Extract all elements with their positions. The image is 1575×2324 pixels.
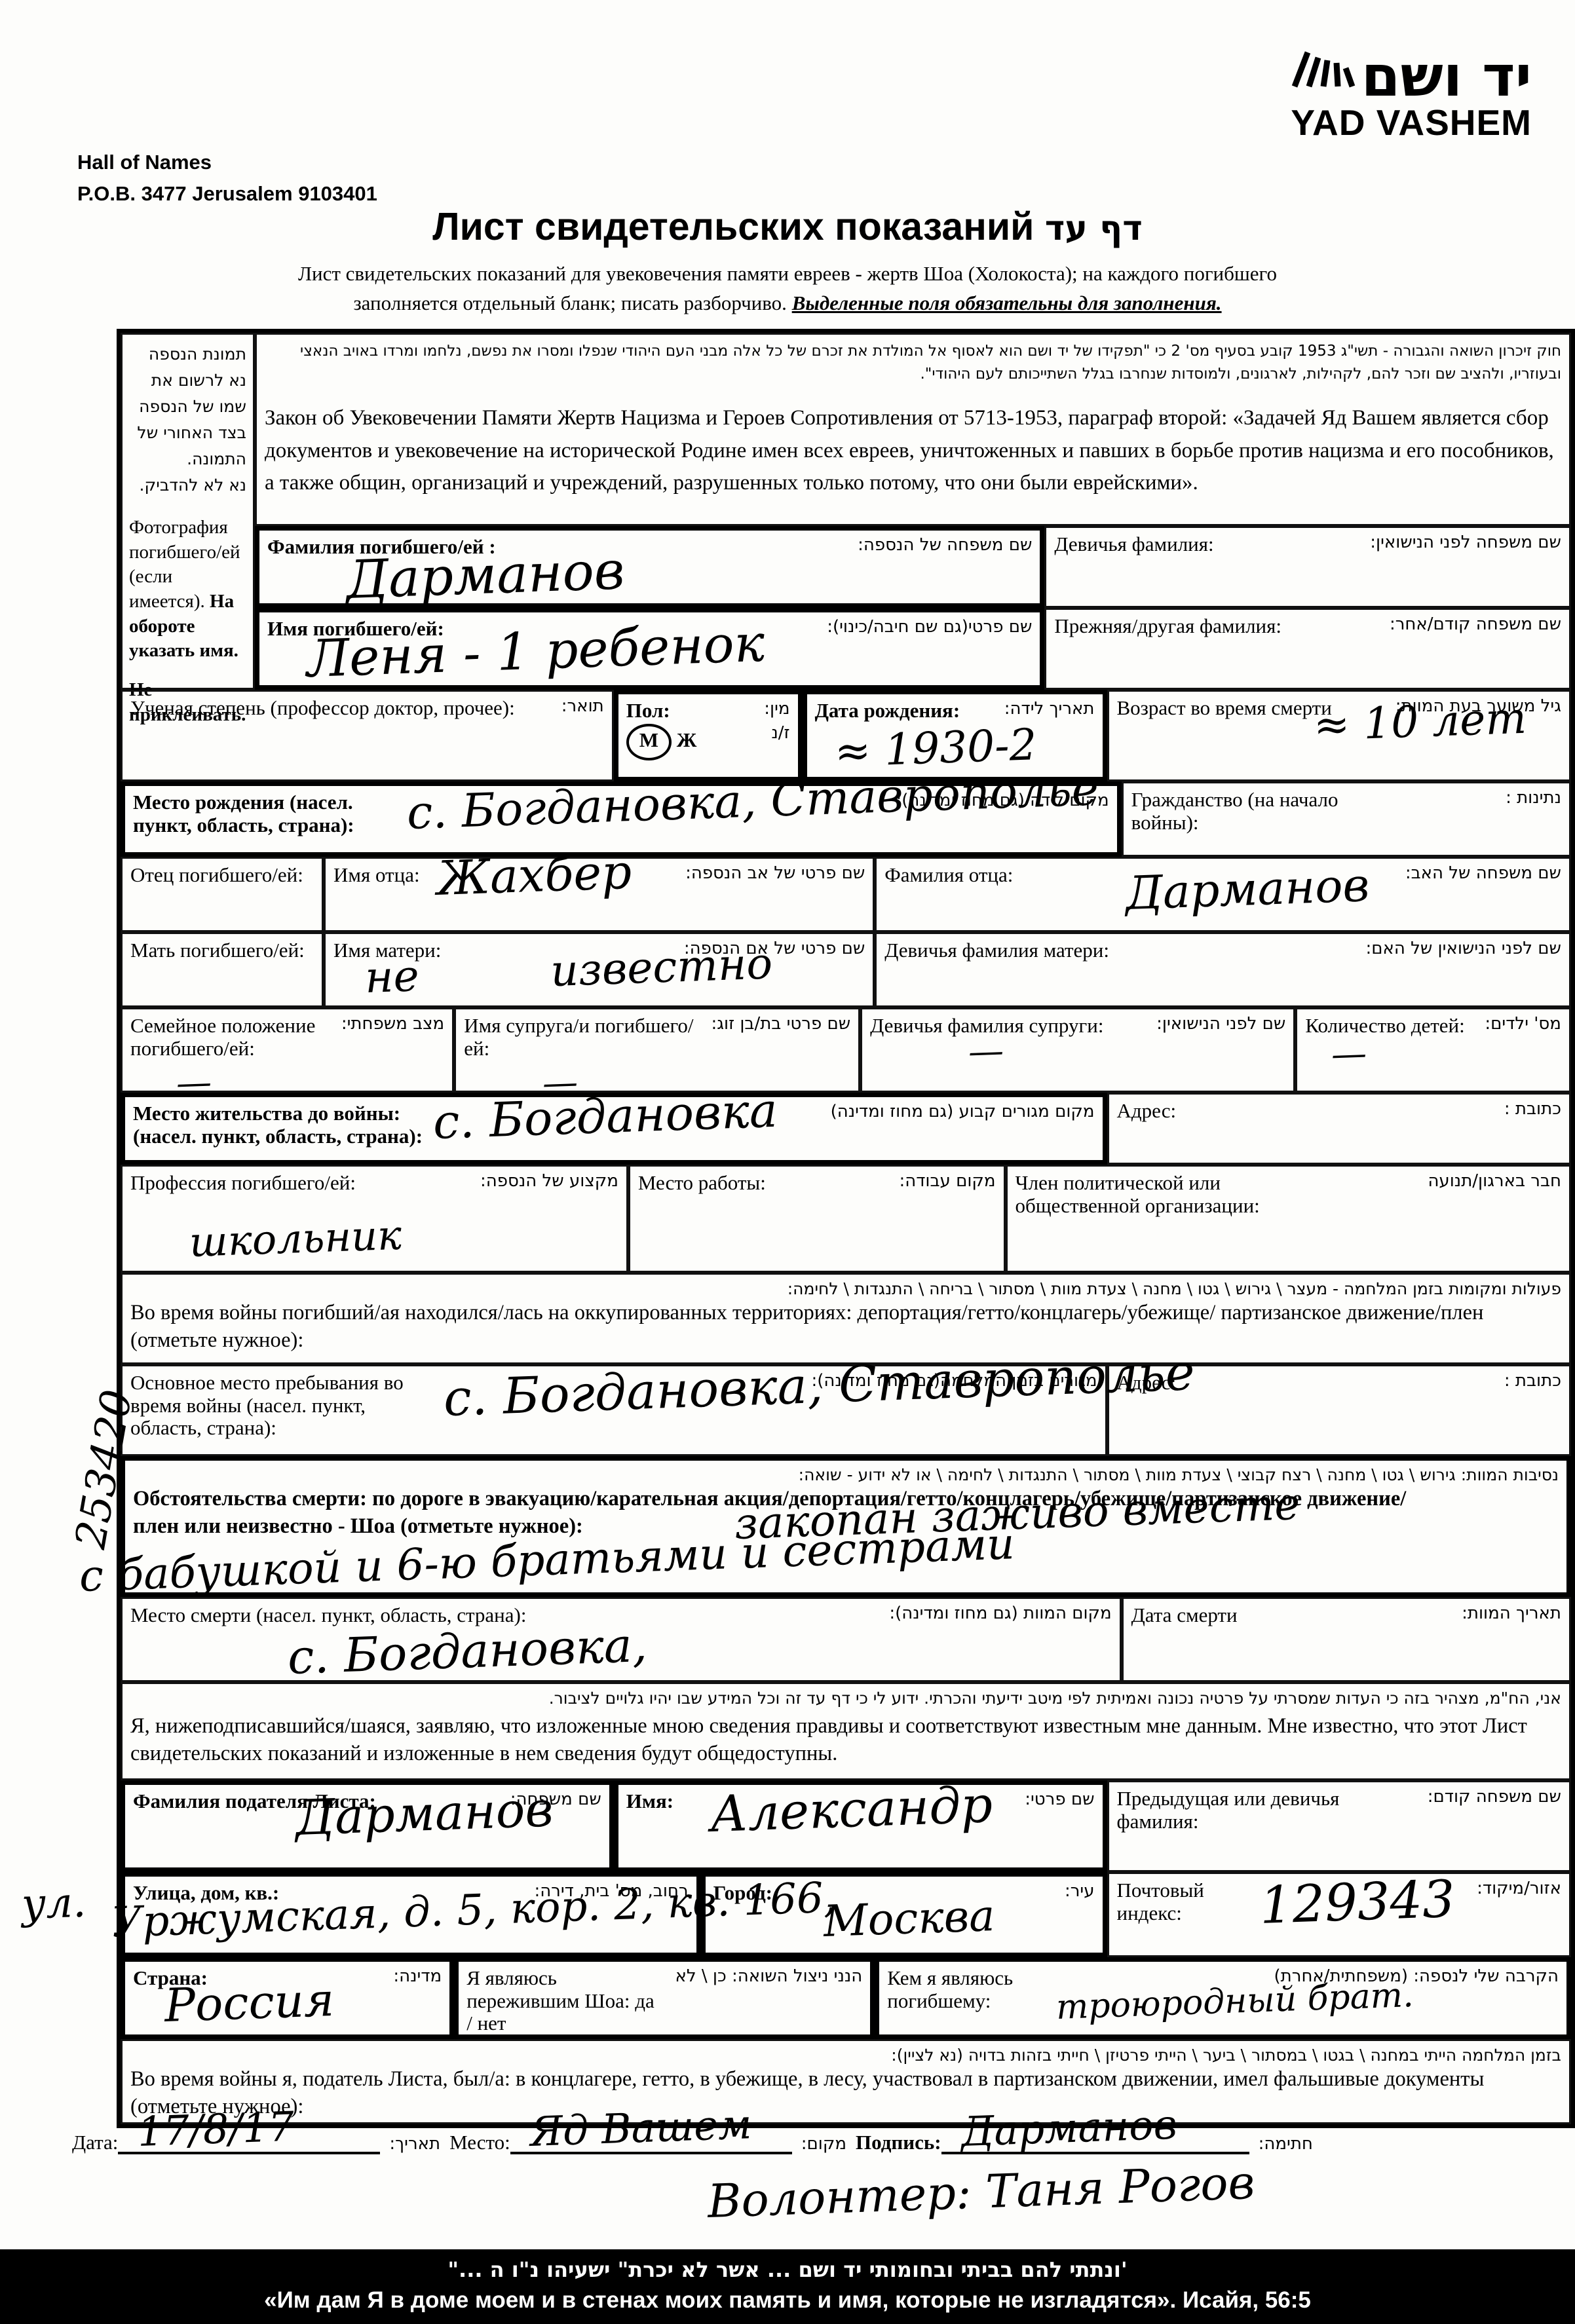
field-residence: Место жительства до войны: (насел. пункт… xyxy=(121,1093,1107,1165)
field-postal-code: Почтовый индекс: אזור/מיקוד: 129343 xyxy=(1107,1872,1571,1957)
field-submitter-first-name: Имя: שם פרטי: Александр xyxy=(614,1780,1107,1872)
place-label: Место: xyxy=(449,2131,510,2154)
field-workplace: Место работы: מקום עבודה: xyxy=(628,1165,1006,1273)
page-title-hebrew: דף עד xyxy=(1045,209,1143,248)
field-country: Страна: מדינה: Россия xyxy=(121,1957,454,2039)
field-victim-other-surname: Прежняя/другая фамилия: שם משפחה קודם/אח… xyxy=(1044,608,1571,690)
logo-latin: YAD VASHEM xyxy=(1289,105,1532,141)
page-title: Лист свидетельских показаний דף עד xyxy=(0,204,1575,249)
field-wartime-place: 253420 Основное место пребывания во врем… xyxy=(121,1364,1107,1456)
gender-male-circled: М xyxy=(626,724,672,761)
volunteer-note: Волонтер: Таня Рогов xyxy=(707,2156,1256,2228)
field-degree: Ученая степень (профессор доктор, прочее… xyxy=(121,690,614,781)
country-value: Россия xyxy=(164,1973,335,2033)
field-mother-maiden: Девичья фамилия матери: שם לפני הנישואין… xyxy=(875,932,1571,1007)
field-father-name: Имя отца: שם פרטי של אב הנספה: Жахбер xyxy=(324,857,875,932)
father-name-value: Жахбер xyxy=(436,844,632,906)
field-profession: Профессия погибшего/ей: מקצוע של הנספה: … xyxy=(121,1165,628,1273)
date-label: Дата: xyxy=(72,2131,118,2154)
place-value: Яд Вашем xyxy=(529,2100,753,2156)
logo-hebrew: יד ושם xyxy=(1361,44,1532,109)
father-surname-value: Дарманов xyxy=(1125,858,1371,920)
field-children-count: Количество детей: מס' ילדים: — xyxy=(1295,1007,1571,1093)
field-victim-surname: Фамилия погибшего/ей : שם משפחה של הנספה… xyxy=(255,526,1044,608)
testimony-form: תמונת הנספה נא לרשום את שמו של הנספה בצד… xyxy=(117,329,1575,2128)
field-citizenship: Гражданство (на начало войны): נתינות : xyxy=(1122,781,1571,857)
scripture-russian: «Им дам Я в доме моем и в стенах моих па… xyxy=(0,2287,1575,2314)
field-mother: Мать погибшего/ей: xyxy=(121,932,324,1007)
signature-line: Дарманов xyxy=(941,2126,1249,2154)
field-organization: Член политической или общественной орган… xyxy=(1006,1165,1571,1273)
scripture-banner: "... ונתתי להם בביתי ובחומותי יד ושם ...… xyxy=(0,2249,1575,2324)
field-marital-status: Семейное положение погибшего/ей: מצב משפ… xyxy=(121,1007,454,1093)
field-death-age: Возраст во время смерти גיל משוער בעת המ… xyxy=(1107,690,1571,781)
photo-instructions-box: תמונת הנספה נא לרשום את שמו של הנספה בצד… xyxy=(121,333,255,690)
field-spouse-maiden: Девичья фамилия супруги: שם לפני הנישואי… xyxy=(860,1007,1295,1093)
date-value: 17/8/17 xyxy=(137,2103,295,2156)
place-line: Яд Вашем xyxy=(510,2126,792,2154)
signature-label: Подпись: xyxy=(856,2131,941,2154)
law-text-hebrew: חוק זיכרון השואה והגבורה - תשי"ג 1953 קו… xyxy=(265,340,1561,385)
field-relation-to-victim: Кем я являюсь погибшему: הקרבה שלי לנספה… xyxy=(875,1957,1571,2039)
field-father: Отец погибшего/ей: xyxy=(121,857,324,932)
field-submitter-surname: Фамилия подателя Листа: שם משפחה: Дарман… xyxy=(121,1780,614,1872)
signature-value: Дарманов xyxy=(960,2101,1177,2156)
signing-row: Дата: 17/8/17 תאריך: Место: Яд Вашем מקו… xyxy=(72,2126,1533,2154)
death-age-value: ≈ 10 лет xyxy=(1312,692,1562,751)
yad-vashem-logo: יד ושם YAD VASHEM xyxy=(1289,48,1532,141)
field-father-surname: Фамилия отца: שם משפחה של האב: Дарманов xyxy=(875,857,1571,932)
field-death-date: Дата смерти תאריך המוות: xyxy=(1122,1597,1571,1682)
street-margin-prefix: ул. xyxy=(21,1879,87,1929)
field-victim-maiden-name: Девичья фамилия: שם משפחה לפני הנישואין: xyxy=(1044,526,1571,608)
field-survivor-status: Я являюсь пережившим Шоа: да / нет הנני … xyxy=(454,1957,875,2039)
field-death-place: Место смерти (насел. пункт, область, стр… xyxy=(121,1597,1122,1682)
field-submitter-previous-surname: Предыдущая или девичья фамилия: שם משפחה… xyxy=(1107,1780,1571,1872)
city-value: Москва xyxy=(822,1890,995,1947)
page-of-testimony: Hall of Names P.O.B. 3477 Jerusalem 9103… xyxy=(0,0,1575,2324)
law-text-box: חוק זיכרון השואה והגבורה - תשי"ג 1953 קו… xyxy=(255,333,1571,526)
children-count-value: — xyxy=(1331,1026,1562,1075)
field-spouse-name: Имя супруга/и погибшего/ей: שם פרטי בת/ב… xyxy=(454,1007,860,1093)
field-death-circumstances: נסיבות המוות: גירוש \ גטו \ מחנה \ רצח ק… xyxy=(121,1456,1571,1597)
postal-code-value: 129343 xyxy=(1259,1870,1456,1936)
field-street: ул. Улица, дом, кв.: רחוב, מס' בית, דירה… xyxy=(121,1872,701,1957)
field-submitter-war-status: בזמן המלחמה הייתי במחנה \ בגטו \ במסתור … xyxy=(121,2039,1571,2124)
mandatory-fields-note: Выделенные поля обязательны для заполнен… xyxy=(792,291,1222,314)
field-war-activities: פעולות ומקומות בזמן המלחמה - מעצר \ גירו… xyxy=(121,1273,1571,1364)
org-address: Hall of Names P.O.B. 3477 Jerusalem 9103… xyxy=(77,147,377,210)
date-line: 17/8/17 xyxy=(118,2126,380,2154)
field-gender: Пол: מין: М Ж ז/נ xyxy=(614,690,803,781)
field-mother-name: Имя матери: שם פרטי של אם הנספה: не изве… xyxy=(324,932,875,1007)
declaration-box: אני, הח"מ, מצהיר בזה כי העדות שמסרתי על … xyxy=(121,1682,1571,1780)
org-name: Hall of Names xyxy=(77,147,377,178)
scripture-hebrew: "... ונתתי להם בביתי ובחומותי יד ושם ...… xyxy=(0,2257,1575,2282)
field-residence-address: Адрес: כתובת : xyxy=(1107,1093,1571,1165)
submitter-surname-value: Дарманов xyxy=(294,1781,554,1846)
field-victim-first-name: Имя погибшего/ей: שם פרטי(גם שם חיבה/כינ… xyxy=(255,608,1044,690)
law-text-russian: Закон об Увековечении Памяти Жертв Нациз… xyxy=(265,402,1561,500)
profession-value: школьник xyxy=(189,1203,619,1266)
gender-female: Ж xyxy=(677,728,697,751)
menorah-icon xyxy=(1289,48,1357,89)
form-instructions: Лист свидетельских показаний для увекове… xyxy=(0,259,1575,318)
submitter-first-name-value: Александр xyxy=(709,1775,993,1843)
